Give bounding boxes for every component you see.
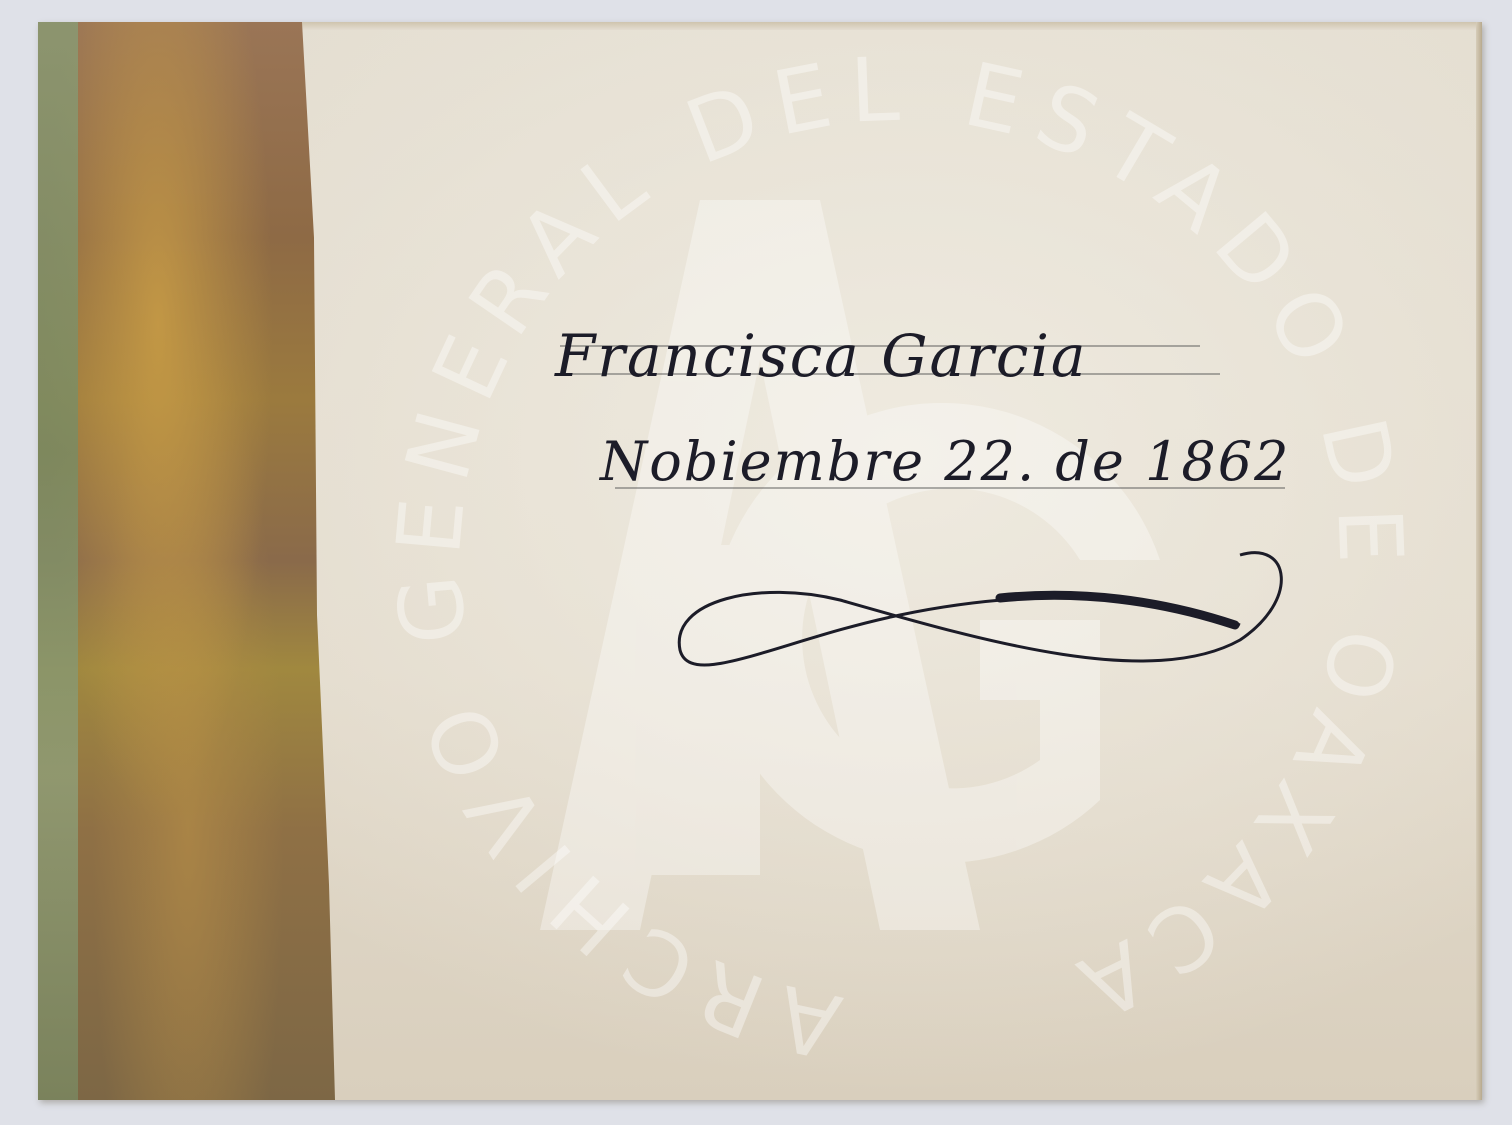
handwriting-area: Francisca Garcia Nobiembre 22. de 1862	[0, 0, 1512, 1125]
flourish-icon	[0, 0, 1512, 1125]
